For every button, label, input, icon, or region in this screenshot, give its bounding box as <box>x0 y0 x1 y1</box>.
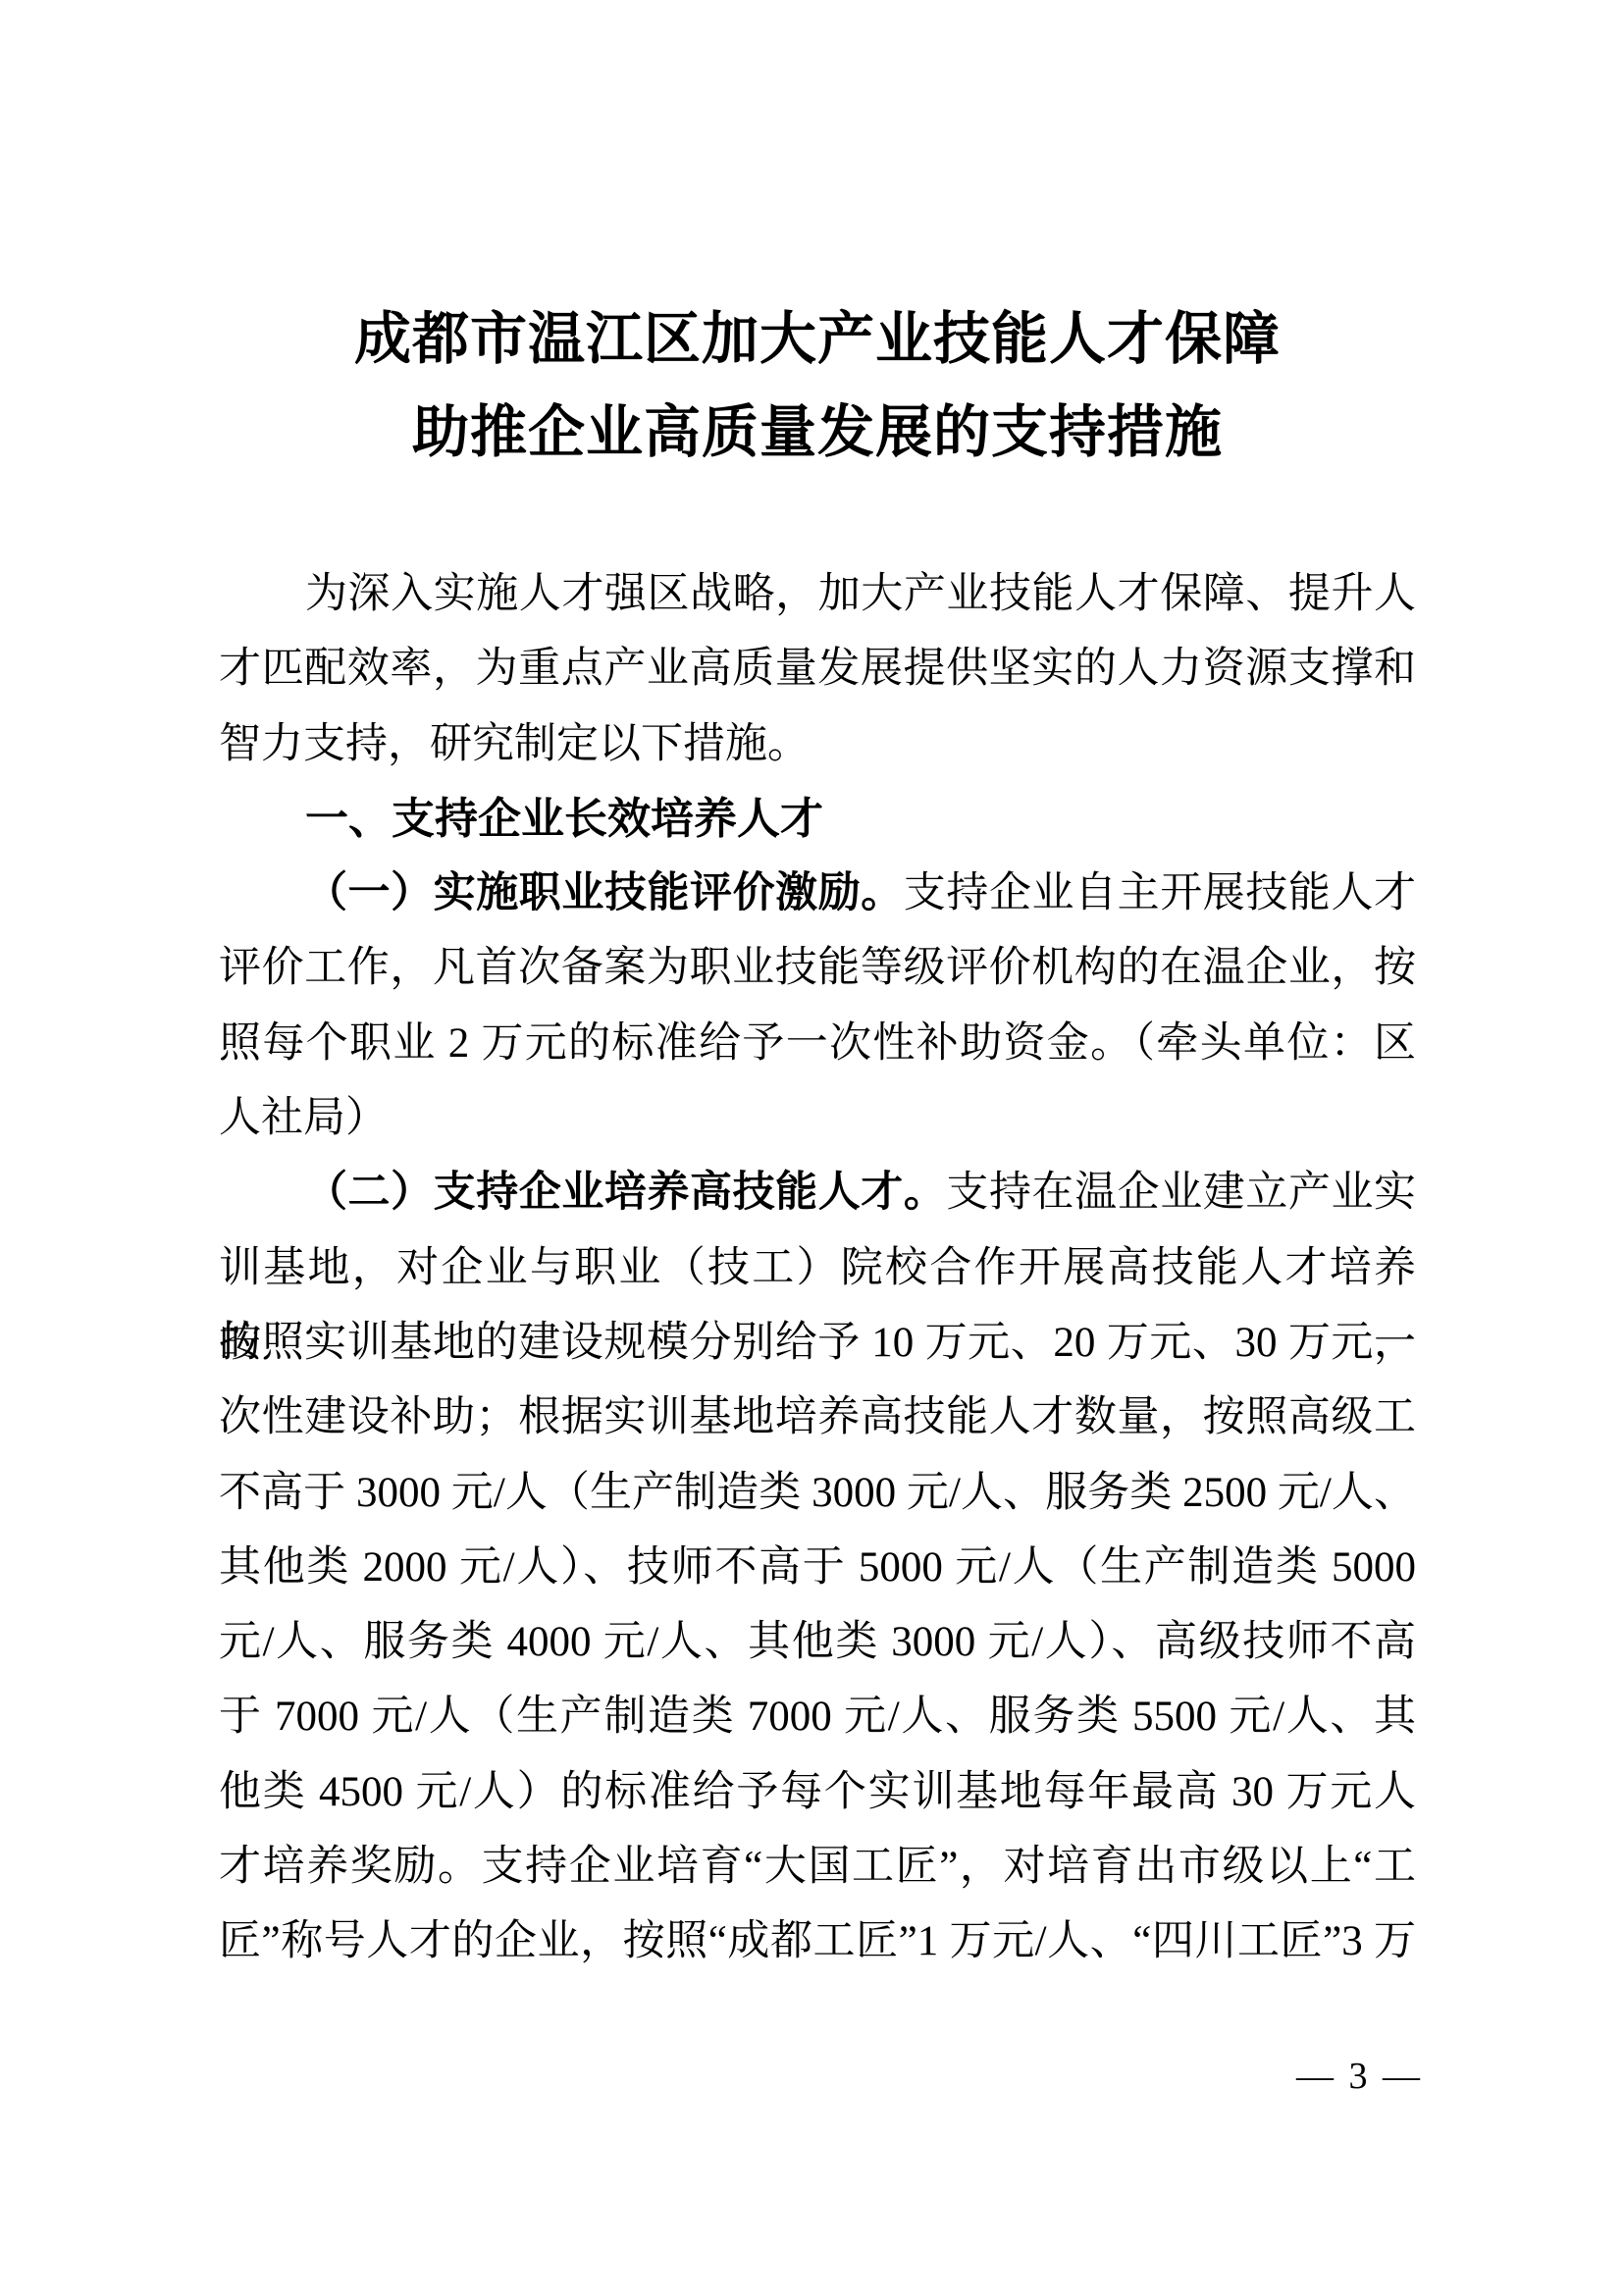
document-body: 为深入实施人才强区战略，加大产业技能人才保障、提升人才匹配效率，为重点产业高质量… <box>219 557 1416 1980</box>
page-number: — 3 — <box>1296 2055 1420 2098</box>
text-run: 他类 4500 元/人）的标准给予每个实训基地每年最高 30 万元人 <box>219 1769 1416 1815</box>
text-run: 其他类 2000 元/人）、技师不高于 5000 元/人（生产制造类 5000 <box>219 1544 1416 1591</box>
text-run: 元/人、服务类 4000 元/人、其他类 3000 元/人）、高级技师不高 <box>219 1619 1416 1665</box>
text-run: 评价工作，凡首次备案为职业技能等级评价机构的在温企业，按 <box>219 945 1416 991</box>
text-line: 元/人、服务类 4000 元/人、其他类 3000 元/人）、高级技师不高 <box>219 1605 1416 1680</box>
text-line: （一）实施职业技能评价激励。支持企业自主开展技能人才 <box>219 857 1416 931</box>
text-line: 才匹配效率，为重点产业高质量发展提供坚实的人力资源支撑和 <box>219 632 1416 706</box>
section-heading: 一、支持企业长效培养人才 <box>219 782 1416 857</box>
text-run-bold: （二）支持企业培养高技能人才。 <box>305 1170 946 1216</box>
text-line: 按照实训基地的建设规模分别给予 10 万元、20 万元、30 万元一 <box>219 1306 1416 1381</box>
text-run: 才匹配效率，为重点产业高质量发展提供坚实的人力资源支撑和 <box>219 646 1416 692</box>
text-run: 支持在温企业建立产业实 <box>946 1170 1416 1216</box>
text-line: 为深入实施人才强区战略，加大产业技能人才保障、提升人 <box>219 557 1416 632</box>
text-run: 支持企业自主开展技能人才 <box>904 870 1416 916</box>
text-run: 匠”称号人才的企业，按照“成都工匠”1 万元/人、“四川工匠”3 万 <box>219 1918 1416 1964</box>
text-line: 他类 4500 元/人）的标准给予每个实训基地每年最高 30 万元人 <box>219 1755 1416 1830</box>
document-title-line-2: 助推企业高质量发展的支持措施 <box>219 386 1416 479</box>
text-run: 人社局） <box>219 1095 388 1141</box>
text-run-bold: 一、支持企业长效培养人才 <box>305 795 823 843</box>
text-line: （二）支持企业培养高技能人才。支持在温企业建立产业实 <box>219 1156 1416 1230</box>
document-title: 成都市温江区加大产业技能人才保障 助推企业高质量发展的支持措施 <box>219 292 1416 479</box>
text-line: 于 7000 元/人（生产制造类 7000 元/人、服务类 5500 元/人、其 <box>219 1680 1416 1754</box>
text-line: 匠”称号人才的企业，按照“成都工匠”1 万元/人、“四川工匠”3 万 <box>219 1905 1416 1979</box>
text-run: 智力支持，研究制定以下措施。 <box>219 721 810 767</box>
document-page: 成都市温江区加大产业技能人才保障 助推企业高质量发展的支持措施 为深入实施人才强… <box>0 0 1623 2296</box>
text-line: 不高于 3000 元/人（生产制造类 3000 元/人、服务类 2500 元/人… <box>219 1456 1416 1531</box>
text-line: 其他类 2000 元/人）、技师不高于 5000 元/人（生产制造类 5000 <box>219 1531 1416 1605</box>
text-run: 于 7000 元/人（生产制造类 7000 元/人、服务类 5500 元/人、其 <box>219 1694 1416 1740</box>
text-line: 才培养奖励。支持企业培育“大国工匠”，对培育出市级以上“工 <box>219 1830 1416 1905</box>
text-run: 照每个职业 2 万元的标准给予一次性补助资金。（牵头单位：区 <box>219 1020 1416 1067</box>
text-line: 智力支持，研究制定以下措施。 <box>219 707 1416 782</box>
text-run: 不高于 3000 元/人（生产制造类 3000 元/人、服务类 2500 元/人… <box>219 1470 1416 1516</box>
text-line: 评价工作，凡首次备案为职业技能等级评价机构的在温企业，按 <box>219 931 1416 1006</box>
text-run: 次性建设补助；根据实训基地培养高技能人才数量，按照高级工 <box>219 1394 1416 1440</box>
text-line: 人社局） <box>219 1081 1416 1156</box>
text-run-bold: （一）实施职业技能评价激励。 <box>305 870 904 916</box>
text-line: 训基地，对企业与职业（技工）院校合作开展高技能人才培养的， <box>219 1231 1416 1306</box>
text-run: 为深入实施人才强区战略，加大产业技能人才保障、提升人 <box>305 571 1416 617</box>
text-run: 才培养奖励。支持企业培育“大国工匠”，对培育出市级以上“工 <box>219 1844 1416 1890</box>
text-line: 照每个职业 2 万元的标准给予一次性补助资金。（牵头单位：区 <box>219 1007 1416 1081</box>
text-line: 次性建设补助；根据实训基地培养高技能人才数量，按照高级工 <box>219 1381 1416 1455</box>
text-run: 按照实训基地的建设规模分别给予 10 万元、20 万元、30 万元一 <box>219 1320 1416 1366</box>
document-title-line-1: 成都市温江区加大产业技能人才保障 <box>219 292 1416 386</box>
